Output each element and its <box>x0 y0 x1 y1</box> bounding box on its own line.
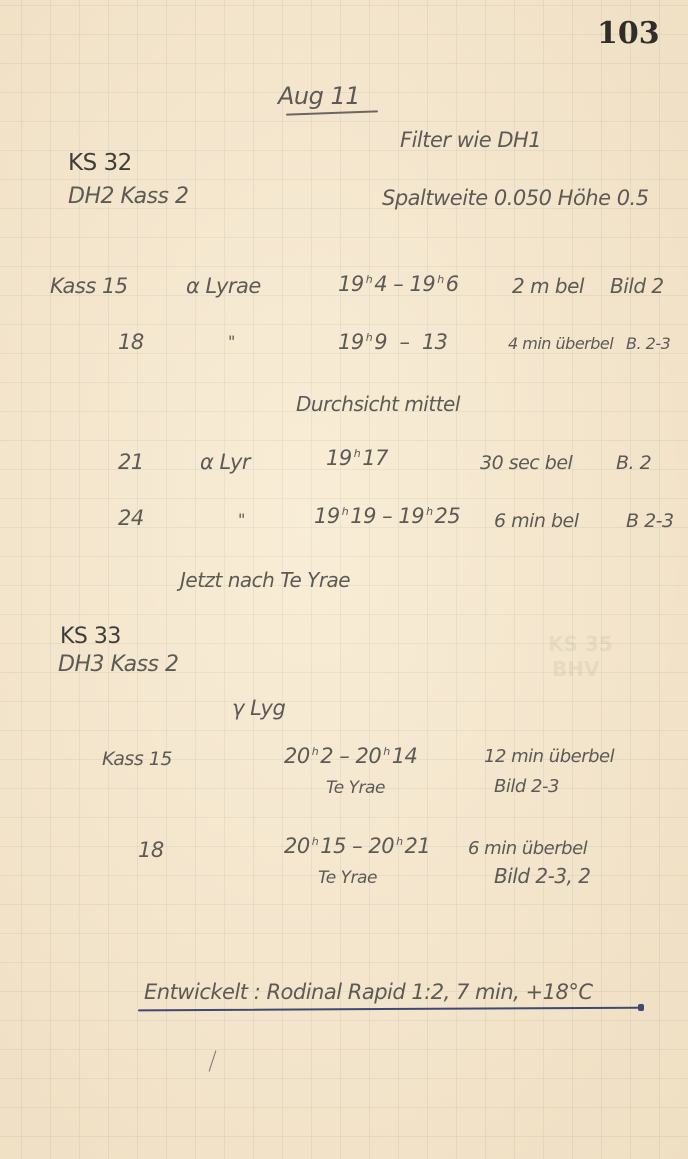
row-time: 20h2 – 20h14 <box>284 744 417 768</box>
bleed-through-text: BHV <box>552 657 599 681</box>
plate-label: DH2 Kass 2 <box>68 184 189 209</box>
development-note: Entwickelt : Rodinal Rapid 1:2, 7 min, +… <box>144 980 592 1004</box>
row-kass: 18 <box>118 330 144 354</box>
row-object-ditto: " <box>238 510 245 529</box>
row-time: 19h9 – 13 <box>338 330 448 354</box>
object-note: γ Lyg <box>232 696 285 720</box>
section-note: Jetzt nach Te Yrae <box>180 568 350 592</box>
row-quality: Bild 2-3, 2 <box>494 864 591 888</box>
row-time: 19h19 – 19h25 <box>314 504 460 528</box>
stray-pencil-mark <box>209 1050 217 1071</box>
row-time: 19h17 <box>326 446 388 470</box>
row-quality: B 2-3 <box>626 510 674 532</box>
row-time: 20h15 – 20h21 <box>284 834 430 858</box>
development-underline <box>138 1007 642 1012</box>
section-header-ks33: KS 33 <box>60 624 121 649</box>
row-quality: Bild 2-3 <box>494 776 559 797</box>
filter-note: Filter wie DH1 <box>400 128 541 152</box>
row-quality: B. 2-3 <box>626 334 670 353</box>
row-object-ditto: " <box>228 332 235 351</box>
row-time: 19h4 – 19h6 <box>338 272 459 296</box>
row-object: α Lyrae <box>186 274 261 298</box>
row-kass: 24 <box>118 506 144 530</box>
row-exposure: 6 min überbel <box>468 838 587 859</box>
notebook-page: KS 35 BHV 103 Aug 11 Filter wie DH1 KS 3… <box>0 0 688 1159</box>
section-header-ks32: KS 32 <box>68 150 132 176</box>
ink-dot <box>638 1004 644 1011</box>
page-title-date: Aug 11 <box>278 82 360 110</box>
bleed-through-text: KS 35 <box>548 632 613 656</box>
row-kass: Kass 15 <box>50 274 128 298</box>
row-target: Te Yrae <box>318 868 377 888</box>
plate-label: DH3 Kass 2 <box>58 652 179 677</box>
row-exposure: 30 sec bel <box>480 452 572 474</box>
row-exposure: 12 min überbel <box>484 746 614 767</box>
row-quality: Bild 2 <box>610 274 664 298</box>
row-kass: Kass 15 <box>102 748 172 770</box>
row-exposure: 4 min überbel <box>508 334 613 353</box>
row-target: Te Yrae <box>326 778 385 798</box>
page-number: 103 <box>597 16 660 51</box>
row-quality: B. 2 <box>616 452 651 474</box>
transparency-note: Durchsicht mittel <box>296 392 460 416</box>
row-kass: 21 <box>118 450 144 474</box>
row-exposure: 6 min bel <box>494 510 579 532</box>
title-underline <box>286 110 378 115</box>
row-kass: 18 <box>138 838 164 862</box>
slit-settings: Spaltweite 0.050 Höhe 0.5 <box>382 186 649 210</box>
row-object: α Lyr <box>200 450 250 474</box>
row-exposure: 2 m bel <box>512 274 584 298</box>
